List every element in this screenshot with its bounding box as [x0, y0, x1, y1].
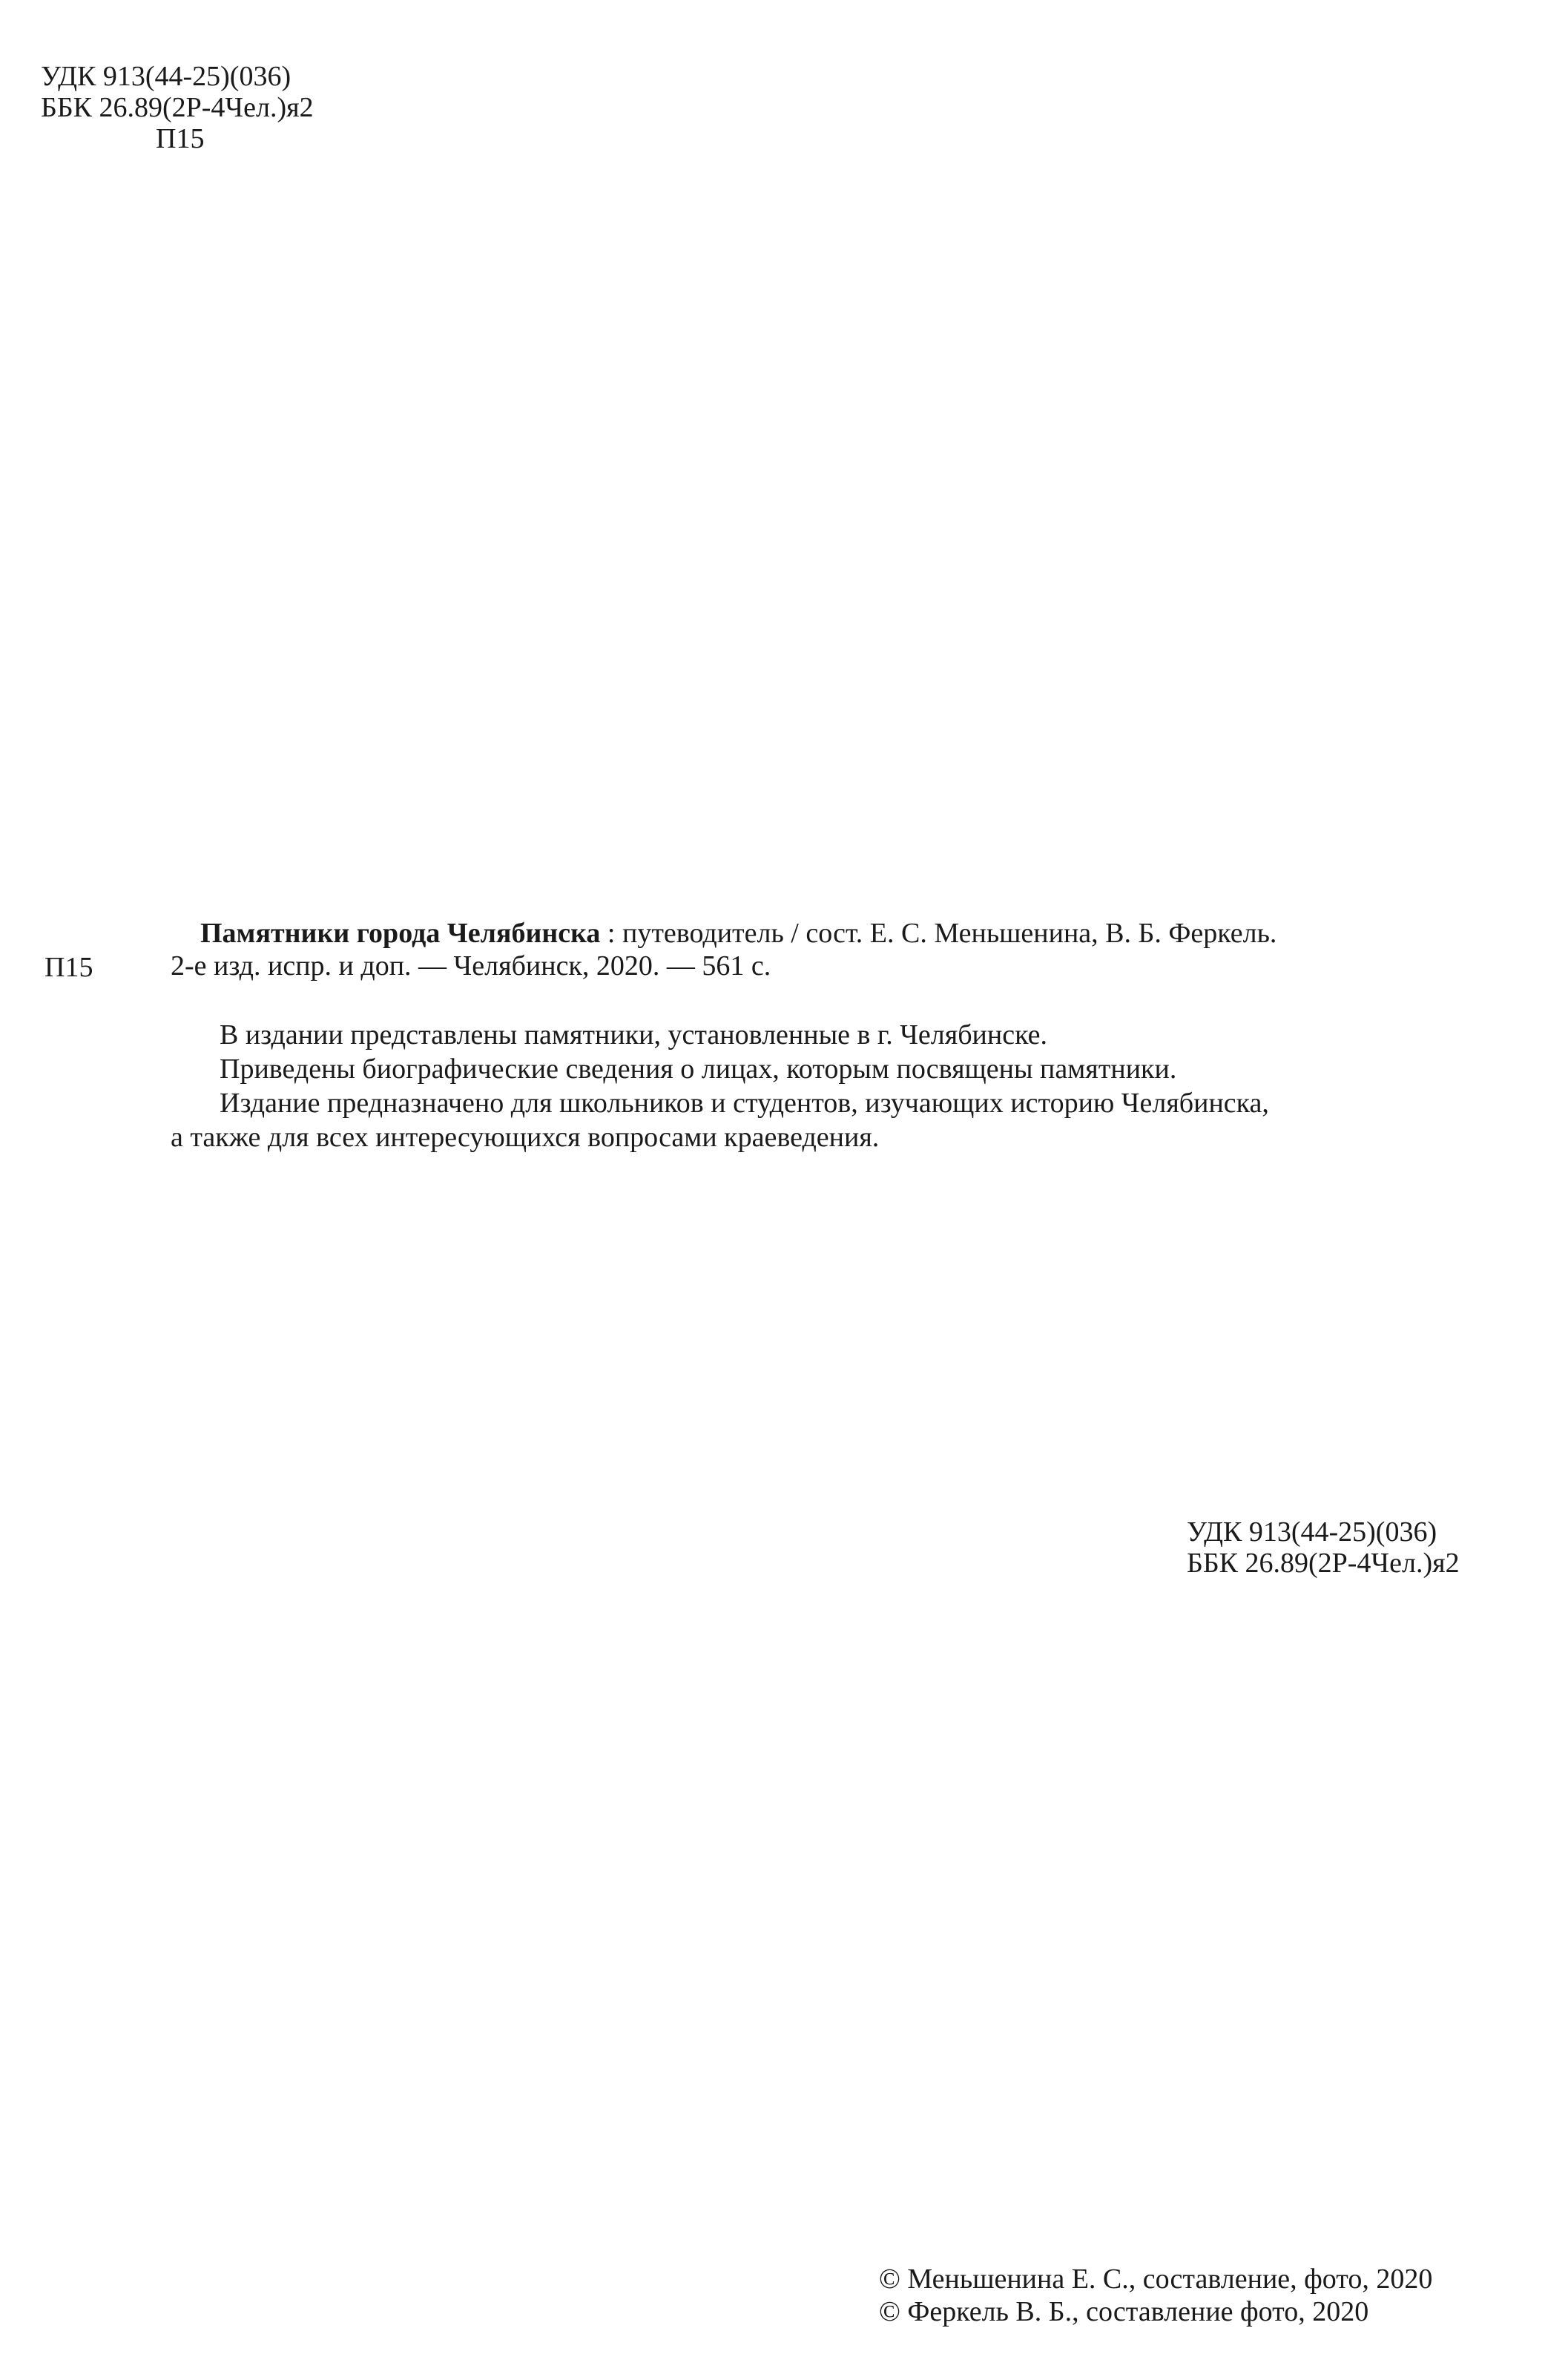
bib-line-2: 2-е изд. испр. и доп. — Челябинск, 2020.… — [171, 950, 1550, 982]
udk-code: УДК 913(44-25)(036) — [41, 61, 314, 92]
udk-code: УДК 913(44-25)(036) — [1187, 1516, 1460, 1548]
classification-codes-bottom: УДК 913(44-25)(036) ББК 26.89(2Р-4Чел.)я… — [1187, 1516, 1460, 1579]
copyright-block: © Меньшенина Е. С., составление, фото, 2… — [879, 2263, 1432, 2328]
annotation-line: Приведены биографические сведения о лица… — [171, 1052, 1558, 1086]
bbk-code: ББК 26.89(2Р-4Чел.)я2 — [1187, 1548, 1460, 1579]
annotation-line: В издании представлены памятники, устано… — [171, 1018, 1558, 1052]
book-title: Памятники города Челябинска — [200, 918, 600, 949]
author-sign-side: П15 — [45, 951, 93, 984]
bbk-code: ББК 26.89(2Р-4Чел.)я2 — [41, 92, 314, 123]
bib-line-1: Памятники города Челябинска : путеводите… — [171, 917, 1550, 950]
annotation-line: а также для всех интересующихся вопросам… — [171, 1120, 1558, 1154]
annotation: В издании представлены памятники, устано… — [171, 1018, 1558, 1154]
author-sign: П15 — [41, 123, 314, 154]
copyright-line: © Меньшенина Е. С., составление, фото, 2… — [879, 2263, 1432, 2295]
annotation-line: Издание предназначено для школьников и с… — [171, 1086, 1558, 1120]
bib-details: : путеводитель / сост. Е. С. Меньшенина,… — [600, 918, 1277, 949]
copyright-line: © Феркель В. Б., составление фото, 2020 — [879, 2295, 1432, 2328]
classification-header: УДК 913(44-25)(036) ББК 26.89(2Р-4Чел.)я… — [41, 61, 314, 154]
bibliographic-record: Памятники города Челябинска : путеводите… — [171, 917, 1550, 982]
